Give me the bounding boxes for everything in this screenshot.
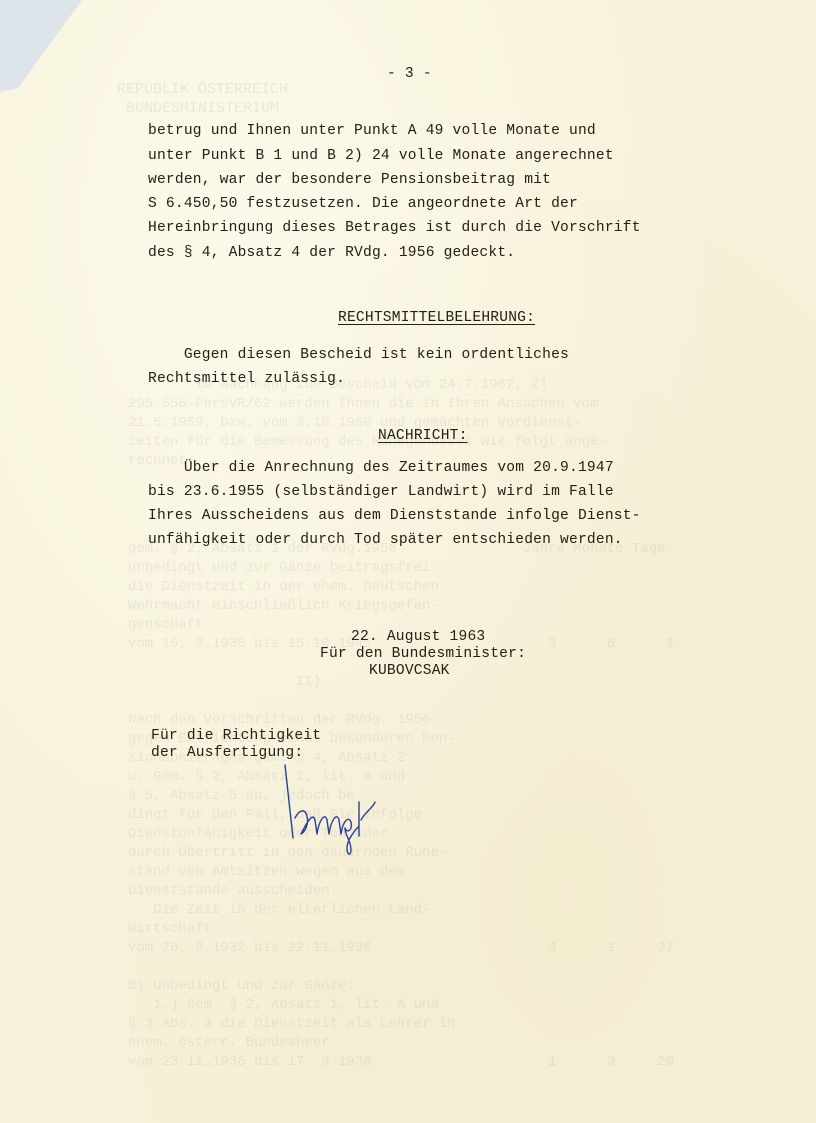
closing-name: KUBOVCSAK [369,663,450,679]
text-line: S 6.450,50 festzusetzen. Die angeordnete… [148,196,578,212]
page-number: - 3 - [387,66,432,82]
handwritten-signature [255,760,395,890]
text-line: Hereinbringung dieses Betrages ist durch… [148,220,641,236]
text-line: unfähigkeit oder durch Tod später entsch… [148,532,623,548]
text-line: Rechtsmittel zulässig. [148,371,345,387]
text-line: des § 4, Absatz 4 der RVdg. 1956 gedeckt… [148,245,515,261]
text-line: bis 23.6.1955 (selbständiger Landwirt) w… [148,484,614,500]
text-line: unter Punkt B 1 und B 2) 24 volle Monate… [148,148,614,164]
paper-sheet [0,0,816,1123]
certification-line: Für die Richtigkeit [151,728,321,744]
closing-on-behalf: Für den Bundesminister: [320,646,526,662]
text-line: werden, war der besondere Pensionsbeitra… [148,172,551,188]
text-line: Ihres Ausscheidens aus dem Dienststande … [148,508,641,524]
text-line: betrug und Ihnen unter Punkt A 49 volle … [148,123,596,139]
closing-date: 22. August 1963 [351,629,485,645]
certification-line: der Ausfertigung: [151,745,303,761]
text-line: Über die Anrechnung des Zeitraumes vom 2… [148,460,614,476]
text-line: Gegen diesen Bescheid ist kein ordentlic… [148,347,569,363]
section-heading: NACHRICHT: [378,428,468,444]
section-heading: RECHTSMITTELBELEHRUNG: [338,310,535,326]
